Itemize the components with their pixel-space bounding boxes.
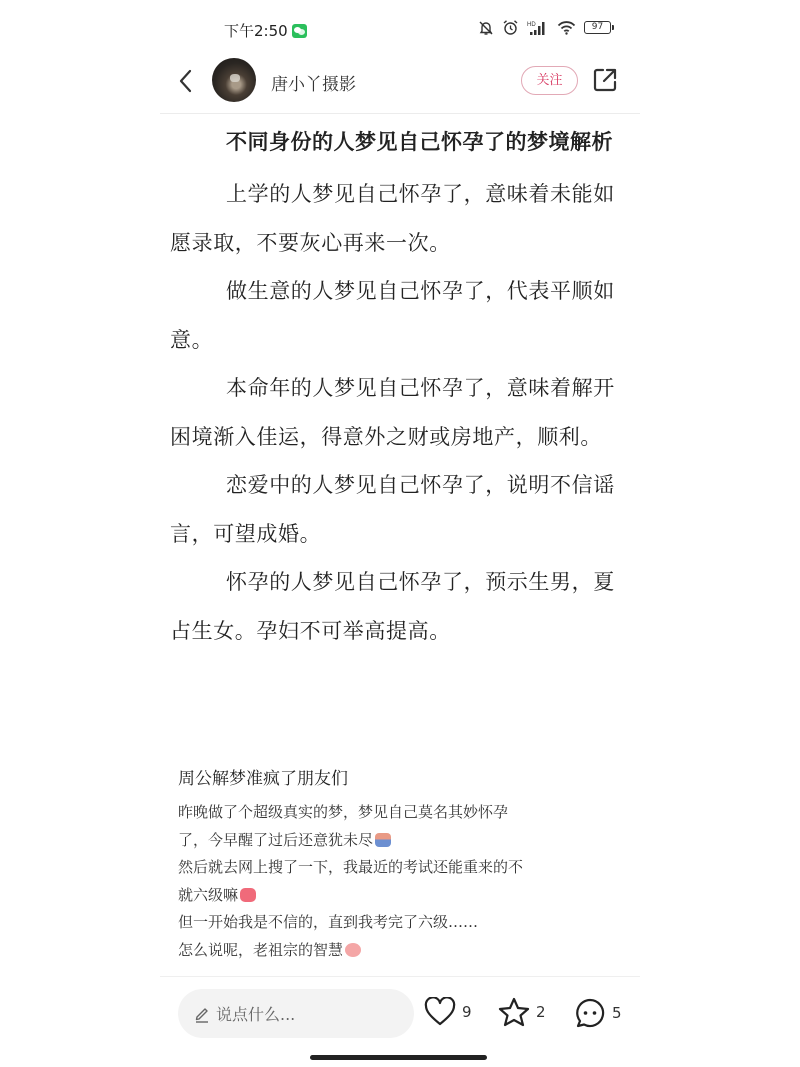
article-paragraph: 做生意的人梦见自己怀孕了，代表平顺如意。: [170, 267, 618, 364]
author-name[interactable]: 唐小丫摄影: [271, 70, 356, 95]
bottom-action-bar: 说点什么... 9 2 5: [160, 976, 640, 1067]
mute-bell-icon: [478, 20, 494, 36]
caption-line: 然后就去网上搜了一下，我最近的考试还能重来的不: [178, 854, 628, 882]
article-paragraph: 恋爱中的人梦见自己怀孕了，说明不信谣言，可望成婚。: [170, 461, 618, 558]
comment-input[interactable]: 说点什么...: [178, 989, 414, 1038]
chevron-left-icon: [174, 66, 198, 96]
status-icons: HD 97: [478, 19, 614, 36]
caption-line: 怎么说呢，老祖宗的智慧: [178, 937, 628, 965]
status-bar: 下午2:50 HD: [160, 0, 640, 50]
comment-count: 5: [612, 1004, 622, 1022]
caption-line: 但一开始我是不信的，直到我考完了六级……: [178, 909, 628, 937]
time-text: 下午2:50: [224, 20, 288, 41]
post-title: 周公解梦准疯了朋友们: [178, 765, 628, 793]
cry-emoji-icon: [240, 888, 256, 902]
caption-text: 了，今早醒了过后还意犹未尽: [178, 831, 373, 849]
article-paragraph: 本命年的人梦见自己怀孕了，意味着解开困境渐入佳运，得意外之财或房地产，顺利。: [170, 364, 618, 461]
hd-signal-icon: HD: [527, 20, 549, 36]
collect-button[interactable]: 2: [498, 997, 546, 1027]
comment-placeholder: 说点什么...: [216, 1002, 295, 1025]
pig-emoji-icon: [345, 943, 361, 957]
comment-button[interactable]: 5: [574, 997, 622, 1029]
caption-line: 就六级嘛: [178, 882, 628, 910]
home-indicator[interactable]: [310, 1055, 487, 1060]
wechat-icon: [292, 24, 307, 38]
battery-level: 97: [584, 21, 611, 34]
back-button[interactable]: [174, 66, 198, 96]
sweat-emoji-icon: [375, 833, 391, 847]
article-title: 不同身份的人梦见自己怀孕了的梦境解析: [170, 115, 618, 170]
article-paragraph: 上学的人梦见自己怀孕了，意味着未能如愿录取，不要灰心再来一次。: [170, 170, 618, 267]
heart-icon: [424, 997, 456, 1027]
author-avatar[interactable]: [212, 58, 256, 102]
wifi-icon: [557, 20, 576, 35]
phone-screen: 下午2:50 HD: [160, 0, 640, 1067]
collect-count: 2: [536, 1003, 546, 1021]
caption-line: 昨晚做了个超级真实的梦，梦见自己莫名其妙怀孕: [178, 799, 628, 827]
share-icon: [592, 67, 618, 93]
article-image-text: 不同身份的人梦见自己怀孕了的梦境解析 上学的人梦见自己怀孕了，意味着未能如愿录取…: [160, 114, 640, 655]
like-button[interactable]: 9: [424, 997, 472, 1027]
caption-line: 了，今早醒了过后还意犹未尽: [178, 827, 628, 855]
caption-text: 就六级嘛: [178, 886, 238, 904]
post-caption: 周公解梦准疯了朋友们 昨晚做了个超级真实的梦，梦见自己莫名其妙怀孕 了，今早醒了…: [178, 765, 628, 964]
star-icon: [498, 997, 530, 1027]
alarm-icon: [502, 19, 519, 36]
chat-bubble-icon: [574, 997, 606, 1029]
post-header: 唐小丫摄影 关注: [160, 52, 640, 114]
battery-tip: [612, 25, 614, 30]
status-time: 下午2:50: [224, 20, 307, 41]
svg-text:HD: HD: [527, 22, 536, 28]
caption-text: 怎么说呢，老祖宗的智慧: [178, 941, 343, 959]
like-count: 9: [462, 1003, 472, 1021]
battery-indicator: 97: [584, 21, 614, 34]
pencil-icon: [194, 1005, 210, 1023]
follow-button[interactable]: 关注: [521, 66, 578, 95]
share-button[interactable]: [592, 67, 618, 93]
article-paragraph: 怀孕的人梦见自己怀孕了，预示生男，夏占生女。孕妇不可举高提高。: [170, 558, 618, 655]
